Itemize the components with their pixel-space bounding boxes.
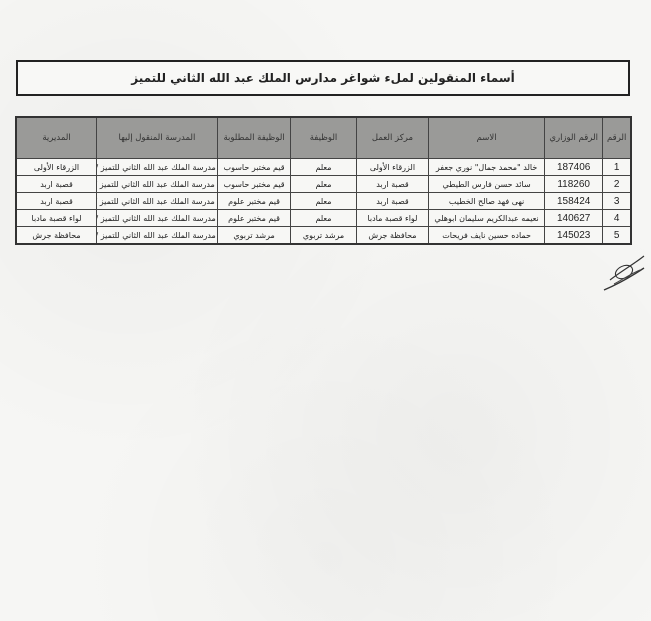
document-title: أسماء المنقولين لملء شواغر مدارس الملك ع… — [16, 60, 630, 96]
cell-directorate: قصبة اربد — [16, 176, 97, 193]
header-requested-job: الوظيفة المطلوبة — [217, 117, 290, 159]
cell-ministry-number: 145023 — [544, 227, 602, 245]
header-directorate: المديرية — [16, 117, 97, 159]
cell-destination-school: مدرسة الملك عبد الله الثاني للتميز / ارب… — [97, 176, 218, 193]
document-title-text: أسماء المنقولين لملء شواغر مدارس الملك ع… — [131, 71, 515, 85]
cell-destination-school: مدرسة الملك عبد الله الثاني للتميز / ماد… — [97, 210, 218, 227]
cell-directorate: قصبة اربد — [16, 193, 97, 210]
cell-index: 4 — [603, 210, 631, 227]
cell-destination-school: مدرسة الملك عبد الله الثاني للتميز / ارب… — [97, 193, 218, 210]
cell-requested-job: قيم مختبر علوم — [217, 193, 290, 210]
cell-index: 1 — [603, 159, 631, 176]
cell-directorate: لواء قصبة مادبا — [16, 210, 97, 227]
cell-requested-job: مرشد تربوي — [217, 227, 290, 245]
cell-ministry-number: 118260 — [544, 176, 602, 193]
table-row: 3158424نهى فهد صالح الخطيبقصبة اربدمعلمق… — [16, 193, 631, 210]
cell-work-center: الزرقاء الأولى — [356, 159, 428, 176]
cell-job: معلم — [291, 210, 356, 227]
cell-destination-school: مدرسة الملك عبد الله الثاني للتميز / جرش — [97, 227, 218, 245]
cell-job: معلم — [291, 193, 356, 210]
cell-index: 3 — [603, 193, 631, 210]
table-row: 2118260سائد حسن فارس الطيطيقصبة اربدمعلم… — [16, 176, 631, 193]
header-job: الوظيفة — [291, 117, 356, 159]
cell-work-center: محافظة جرش — [356, 227, 428, 245]
cell-job: معلم — [291, 159, 356, 176]
cell-work-center: قصبة اربد — [356, 193, 428, 210]
cell-job: مرشد تربوي — [291, 227, 356, 245]
cell-directorate: محافظة جرش — [16, 227, 97, 245]
cell-name: نعيمه عبدالكريم سليمان ابوهلي — [429, 210, 545, 227]
cell-directorate: الزرقاء الأولى — [16, 159, 97, 176]
handwritten-signature-icon — [600, 250, 648, 294]
table-row: 4140627نعيمه عبدالكريم سليمان ابوهليلواء… — [16, 210, 631, 227]
cell-ministry-number: 187406 — [544, 159, 602, 176]
cell-work-center: لواء قصبة مادبا — [356, 210, 428, 227]
cell-name: خالد "محمد جمال" نوري جعفر — [429, 159, 545, 176]
cell-name: سائد حسن فارس الطيطي — [429, 176, 545, 193]
header-destination-school: المدرسة المنقول إليها — [97, 117, 218, 159]
table-header-row: الرقم الرقم الوزاري الاسم مركز العمل الو… — [16, 117, 631, 159]
header-work-center: مركز العمل — [356, 117, 428, 159]
table-row: 1187406خالد "محمد جمال" نوري جعفرالزرقاء… — [16, 159, 631, 176]
cell-ministry-number: 140627 — [544, 210, 602, 227]
cell-job: معلم — [291, 176, 356, 193]
header-name: الاسم — [429, 117, 545, 159]
cell-work-center: قصبة اربد — [356, 176, 428, 193]
cell-index: 2 — [603, 176, 631, 193]
header-index: الرقم — [603, 117, 631, 159]
transfers-table: الرقم الرقم الوزاري الاسم مركز العمل الو… — [15, 116, 632, 245]
cell-requested-job: قيم مختبر علوم — [217, 210, 290, 227]
cell-name: نهى فهد صالح الخطيب — [429, 193, 545, 210]
cell-requested-job: قيم مختبر حاسوب — [217, 176, 290, 193]
cell-index: 5 — [603, 227, 631, 245]
header-ministry-number: الرقم الوزاري — [544, 117, 602, 159]
cell-destination-school: مدرسة الملك عبد الله الثاني للتميز / الز… — [97, 159, 218, 176]
cell-ministry-number: 158424 — [544, 193, 602, 210]
cell-requested-job: قيم مختبر حاسوب — [217, 159, 290, 176]
table-row: 5145023حماده حسين نايف فريحاتمحافظة جرشم… — [16, 227, 631, 245]
cell-name: حماده حسين نايف فريحات — [429, 227, 545, 245]
